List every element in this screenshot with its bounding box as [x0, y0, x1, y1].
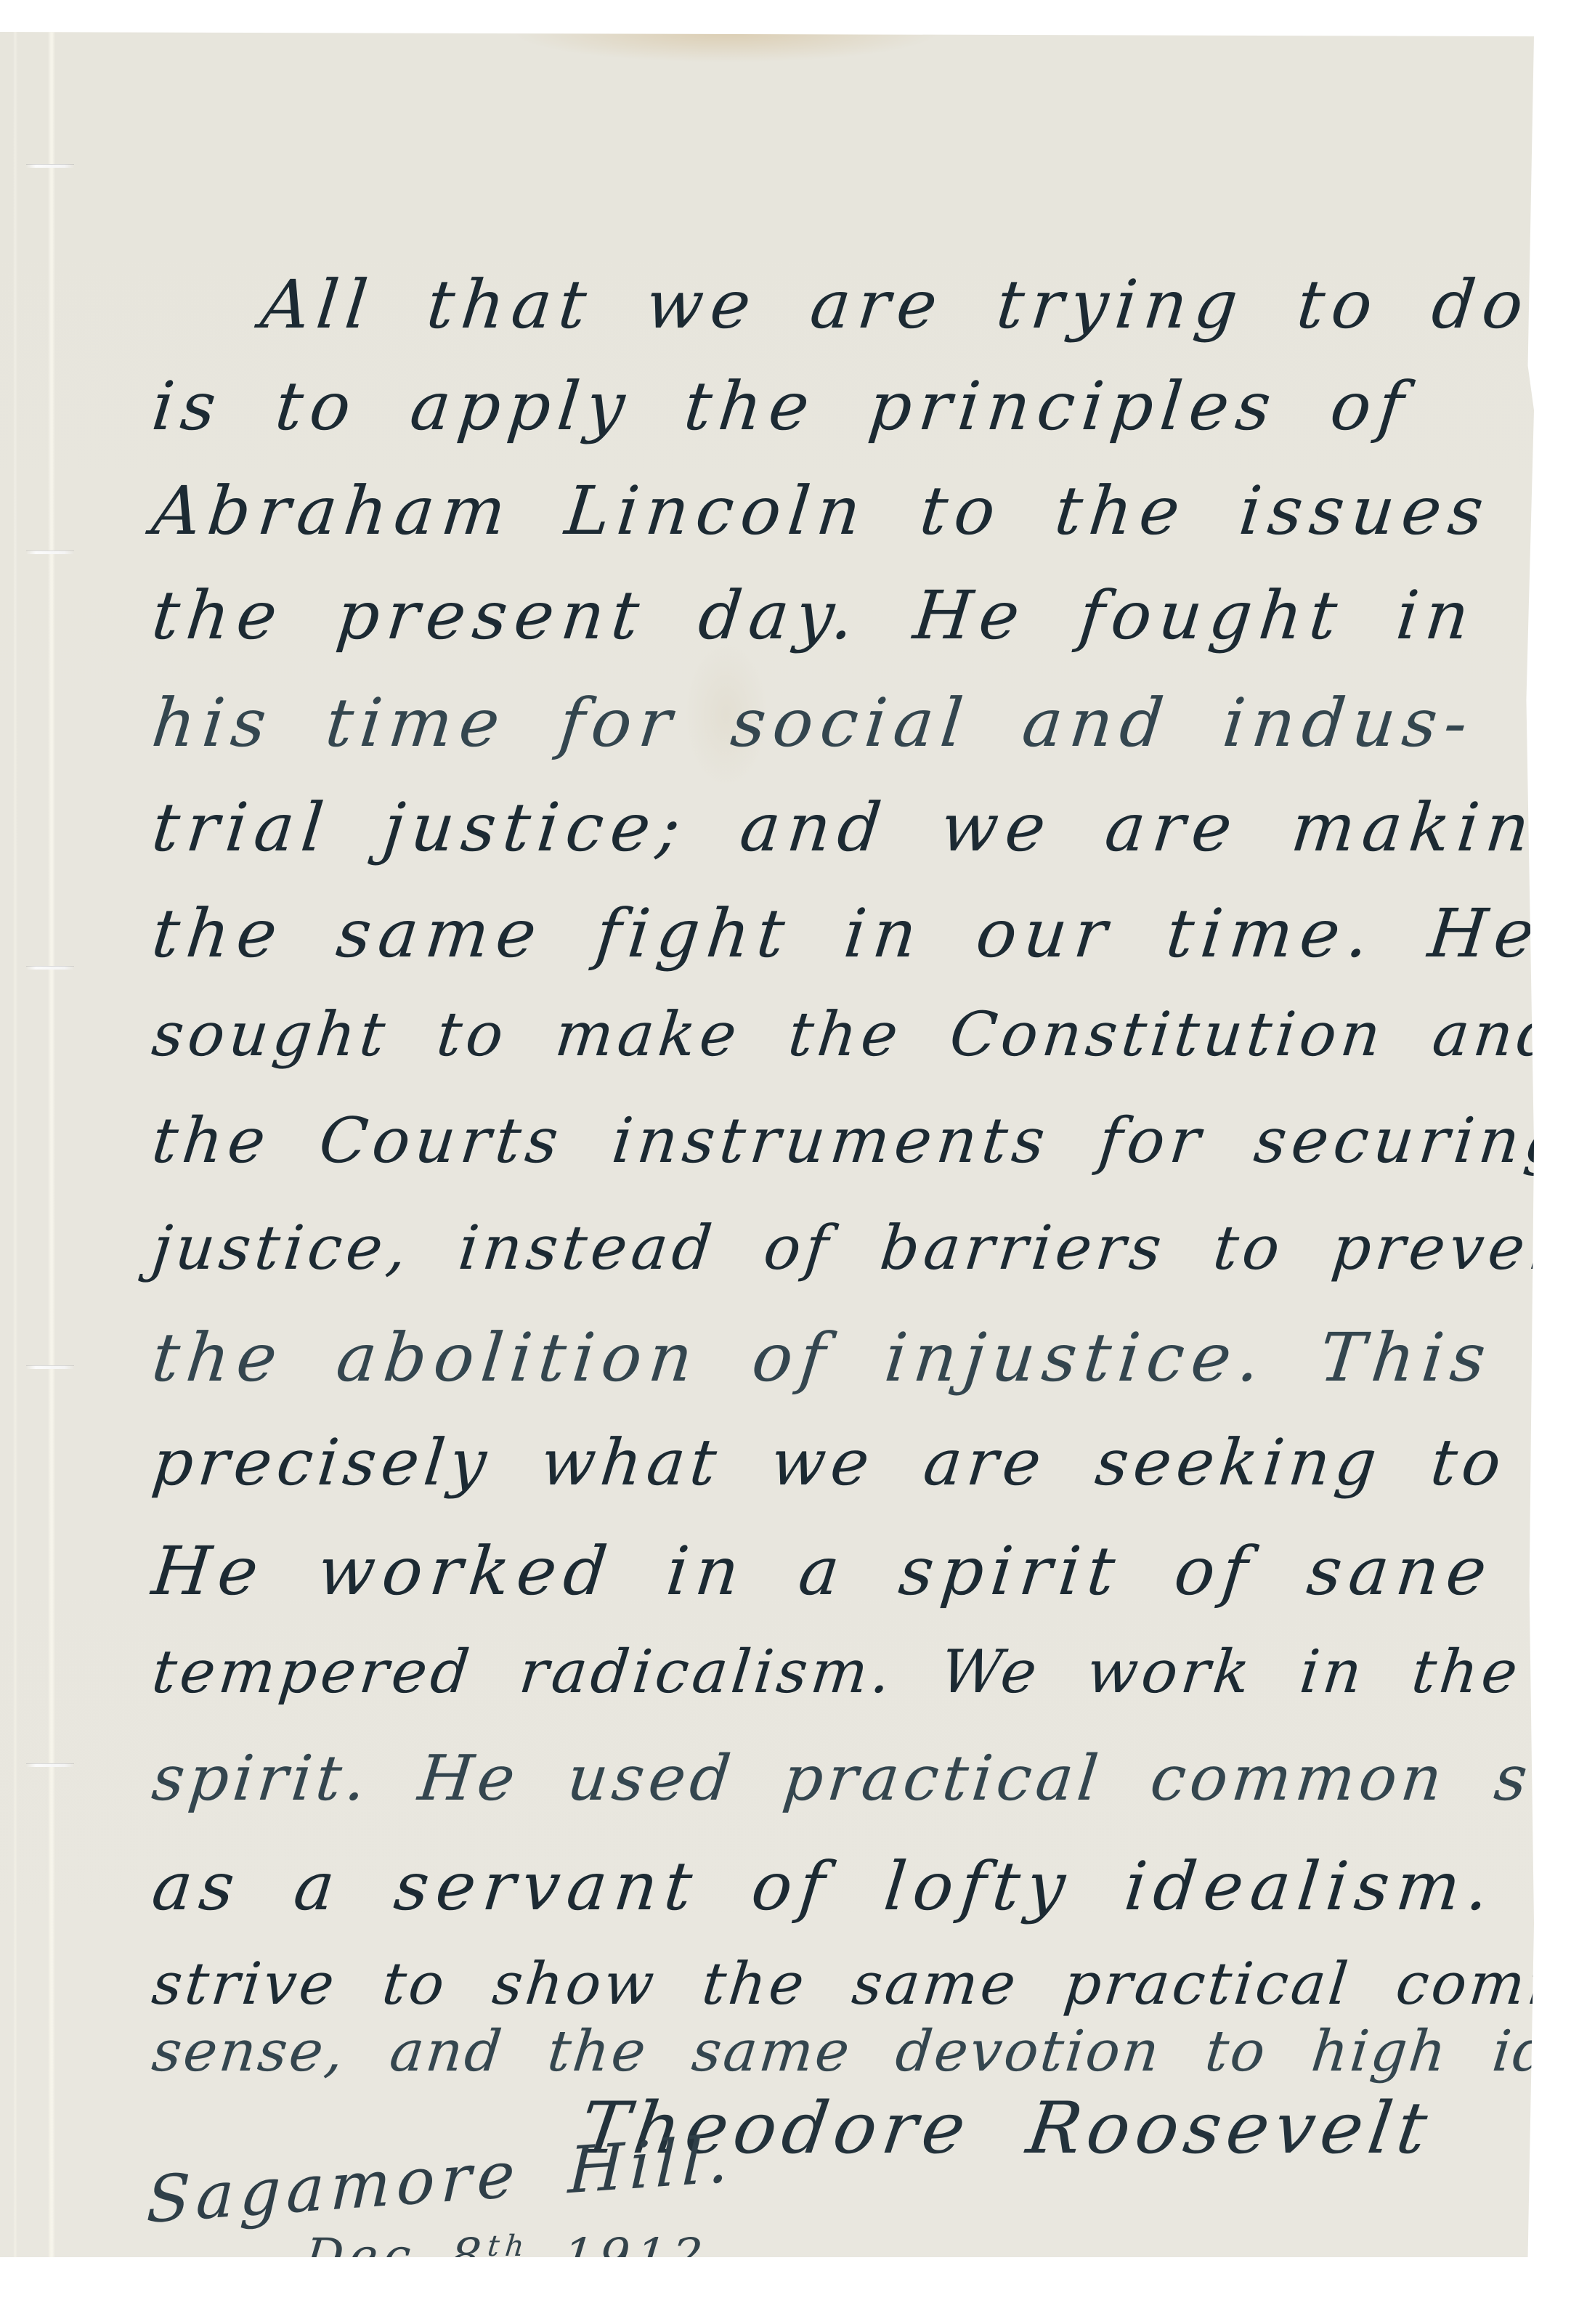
letter-line: the same fight in our time. He [149, 901, 1544, 967]
letter-line: is to apply the principles of [149, 373, 1413, 440]
letter-line: the Courts instruments for securing [149, 1110, 1572, 1172]
letter-sheet: All that we are trying to do is to apply… [0, 32, 1534, 2257]
letter-line: All that we are trying to do [258, 272, 1533, 338]
letter-line: the abolition of injustice. This is [149, 1325, 1579, 1391]
date-day: 8 [447, 2228, 490, 2284]
date-line: Dec 8th 1912. [302, 2228, 732, 2284]
letter-line: tempered radicalism. We work in the same [150, 1643, 1579, 1702]
letter-line: Abraham Lincoln to the issues of [149, 478, 1579, 545]
document-photo: All that we are trying to do is to apply… [0, 0, 1579, 2324]
letter-line: sense, and the same devotion to high ide… [150, 2023, 1579, 2080]
letter-line: sought to make the Constitution and [150, 1004, 1564, 1065]
letter-line: spirit. He used practical common sense [149, 1747, 1579, 1810]
letter-line: precisely what we are seeking to do. [149, 1431, 1579, 1495]
letter-line: the present day. He fought in [149, 582, 1479, 649]
date-day-suffix: th [486, 2230, 532, 2263]
letter-line: justice, instead of barriers to prevent [150, 1217, 1579, 1278]
letter-line: as a servant of lofty idealism. We [149, 1853, 1579, 1920]
date-year: 1912. [560, 2228, 732, 2284]
letter-body: All that we are trying to do is to apply… [0, 32, 1534, 2257]
letter-line: strive to show the same practical common [150, 1955, 1579, 2013]
letter-line: his time for social and indus- [149, 690, 1477, 757]
place-line: Sagamore Hill. [145, 2121, 736, 2238]
letter-line: He worked in a spirit of sane and [149, 1538, 1579, 1605]
date-month: Dec [302, 2228, 419, 2284]
letter-line: trial justice; and we are making [149, 795, 1579, 861]
